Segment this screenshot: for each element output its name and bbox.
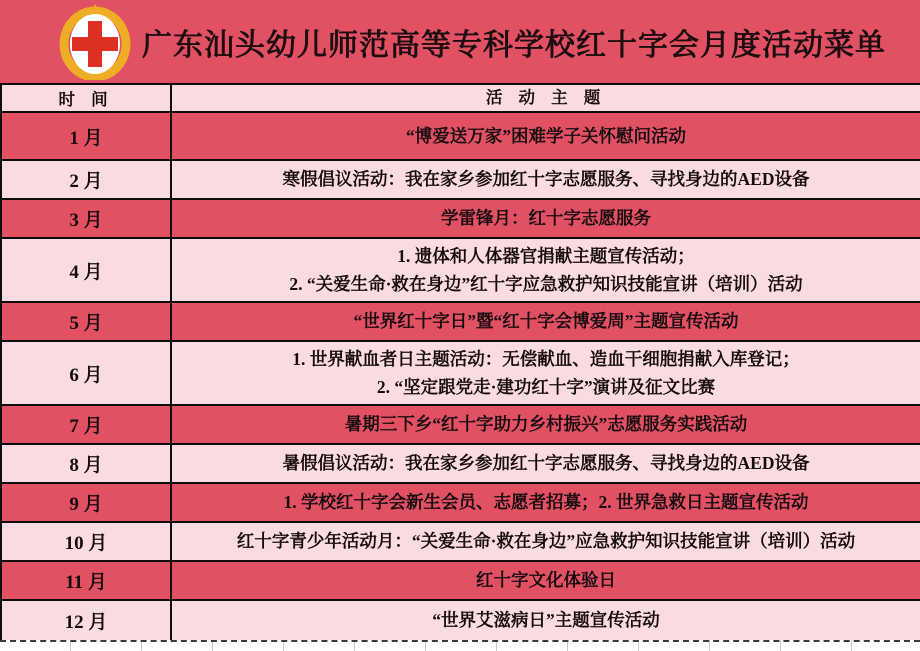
- table-header-row: 时 间 活 动 主 题: [2, 85, 920, 113]
- theme-cell[interactable]: “世界艾滋病日”主题宣传活动: [172, 601, 920, 640]
- month-cell[interactable]: 6 月: [2, 342, 172, 404]
- theme-line: 学雷锋月：红十字志愿服务: [441, 204, 651, 232]
- theme-line: “世界红十字日”暨“红十字会博爱周”主题宣传活动: [354, 307, 739, 335]
- theme-line: “世界艾滋病日”主题宣传活动: [432, 606, 660, 634]
- theme-cell[interactable]: 暑期三下乡“红十字助力乡村振兴”志愿服务实践活动: [172, 406, 920, 443]
- red-cross-emblem-icon: [56, 4, 134, 80]
- table-row: 6 月1. 世界献血者日主题活动：无偿献血、造血干细胞捐献入库登记；2. “坚定…: [2, 342, 920, 406]
- monthly-activity-sheet: 广东汕头幼儿师范高等专科学校红十字会月度活动菜单 时 间 活 动 主 题 1 月…: [0, 0, 920, 651]
- theme-line: 2. “坚定跟党走·建功红十字”演讲及征文比赛: [377, 373, 715, 401]
- table-row: 12 月“世界艾滋病日”主题宣传活动: [2, 601, 920, 640]
- table-row: 11 月红十字文化体验日: [2, 562, 920, 601]
- month-cell[interactable]: 10 月: [2, 523, 172, 560]
- theme-line: 暑假倡议活动：我在家乡参加红十字志愿服务、寻找身边的AED设备: [283, 449, 810, 477]
- col-header-time[interactable]: 时 间: [2, 85, 172, 111]
- table-row: 1 月“博爱送万家”困难学子关怀慰问活动: [2, 113, 920, 161]
- theme-cell[interactable]: 学雷锋月：红十字志愿服务: [172, 200, 920, 237]
- theme-line: 红十字文化体验日: [476, 566, 616, 594]
- theme-cell[interactable]: 1. 世界献血者日主题活动：无偿献血、造血干细胞捐献入库登记；2. “坚定跟党走…: [172, 342, 920, 404]
- theme-line: 红十字青少年活动月：“关爱生命·救在身边”应急救护知识技能宣讲（培训）活动: [237, 527, 855, 555]
- theme-cell[interactable]: 暑假倡议活动：我在家乡参加红十字志愿服务、寻找身边的AED设备: [172, 445, 920, 482]
- month-cell[interactable]: 1 月: [2, 113, 172, 159]
- month-cell[interactable]: 5 月: [2, 303, 172, 340]
- banner: 广东汕头幼儿师范高等专科学校红十字会月度活动菜单: [0, 0, 920, 83]
- theme-cell[interactable]: “博爱送万家”困难学子关怀慰问活动: [172, 113, 920, 159]
- table-row: 5 月“世界红十字日”暨“红十字会博爱周”主题宣传活动: [2, 303, 920, 342]
- theme-line: 1. 世界献血者日主题活动：无偿献血、造血干细胞捐献入库登记；: [292, 345, 800, 373]
- theme-cell[interactable]: 红十字文化体验日: [172, 562, 920, 599]
- col-header-theme[interactable]: 活 动 主 题: [172, 85, 920, 111]
- month-cell[interactable]: 3 月: [2, 200, 172, 237]
- table-row: 4 月1. 遗体和人体器官捐献主题宣传活动；2. “关爱生命·救在身边”红十字应…: [2, 239, 920, 303]
- table-row: 7 月暑期三下乡“红十字助力乡村振兴”志愿服务实践活动: [2, 406, 920, 445]
- table-row: 9 月1. 学校红十字会新生会员、志愿者招募；2. 世界急救日主题宣传活动: [2, 484, 920, 523]
- table-row: 3 月学雷锋月：红十字志愿服务: [2, 200, 920, 239]
- month-cell[interactable]: 8 月: [2, 445, 172, 482]
- theme-cell[interactable]: 1. 学校红十字会新生会员、志愿者招募；2. 世界急救日主题宣传活动: [172, 484, 920, 521]
- page-title: 广东汕头幼儿师范高等专科学校红十字会月度活动菜单: [142, 20, 886, 64]
- month-cell[interactable]: 2 月: [2, 161, 172, 198]
- month-cell[interactable]: 7 月: [2, 406, 172, 443]
- theme-line: 暑期三下乡“红十字助力乡村振兴”志愿服务实践活动: [345, 410, 748, 438]
- month-cell[interactable]: 9 月: [2, 484, 172, 521]
- page-break-dashed-line: [0, 640, 920, 651]
- table-row: 2 月寒假倡议活动：我在家乡参加红十字志愿服务、寻找身边的AED设备: [2, 161, 920, 200]
- theme-line: 寒假倡议活动：我在家乡参加红十字志愿服务、寻找身边的AED设备: [283, 165, 810, 193]
- month-cell[interactable]: 11 月: [2, 562, 172, 599]
- theme-line: 1. 学校红十字会新生会员、志愿者招募；2. 世界急救日主题宣传活动: [284, 488, 809, 516]
- theme-cell[interactable]: “世界红十字日”暨“红十字会博爱周”主题宣传活动: [172, 303, 920, 340]
- table-row: 10 月红十字青少年活动月：“关爱生命·救在身边”应急救护知识技能宣讲（培训）活…: [2, 523, 920, 562]
- theme-cell[interactable]: 寒假倡议活动：我在家乡参加红十字志愿服务、寻找身边的AED设备: [172, 161, 920, 198]
- month-cell[interactable]: 4 月: [2, 239, 172, 301]
- theme-cell[interactable]: 1. 遗体和人体器官捐献主题宣传活动；2. “关爱生命·救在身边”红十字应急救护…: [172, 239, 920, 301]
- theme-line: 1. 遗体和人体器官捐献主题宣传活动；: [397, 242, 695, 270]
- activity-table: 时 间 活 动 主 题 1 月“博爱送万家”困难学子关怀慰问活动2 月寒假倡议活…: [0, 83, 920, 640]
- theme-cell[interactable]: 红十字青少年活动月：“关爱生命·救在身边”应急救护知识技能宣讲（培训）活动: [172, 523, 920, 560]
- theme-line: 2. “关爱生命·救在身边”红十字应急救护知识技能宣讲（培训）活动: [289, 270, 802, 298]
- month-cell[interactable]: 12 月: [2, 601, 172, 640]
- table-row: 8 月暑假倡议活动：我在家乡参加红十字志愿服务、寻找身边的AED设备: [2, 445, 920, 484]
- theme-line: “博爱送万家”困难学子关怀慰问活动: [406, 122, 686, 150]
